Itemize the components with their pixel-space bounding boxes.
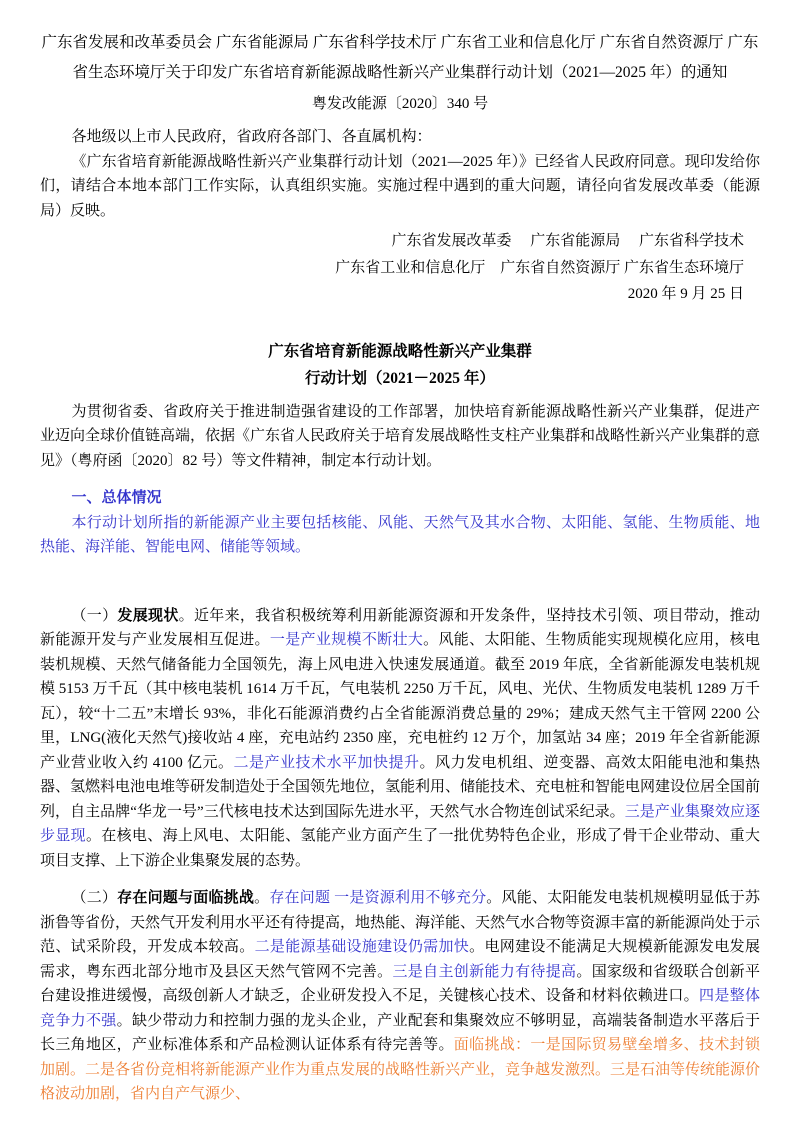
text-run-bold: 发展现状: [117, 608, 178, 624]
plan-title-line-1: 广东省培育新能源战略性新兴产业集群: [40, 338, 760, 365]
text-run-blue: 存在问题 一是资源利用不够充分: [269, 890, 486, 906]
notice-title: 广东省发展和改革委员会 广东省能源局 广东省科学技术厅 广东省工业和信息化厅 广…: [40, 28, 760, 88]
section-1-scope-paragraph: 本行动计划所指的新能源产业主要包括核能、风能、天然气及其水合物、太阳能、氢能、生…: [40, 511, 760, 560]
development-status-paragraph: （一）发展现状。近年来，我省积极统筹利用新能源资源和开发条件，坚持技术引领、项目…: [40, 604, 760, 874]
text-run-plain: 。在核电、海上风电、太阳能、氢能产业方面产生了一批优势特色企业，形成了骨干企业带…: [40, 828, 760, 869]
text-run-plain: 。风能、太阳能、生物质能实现规模化应用，核电装机规模、天然气储备能力全国领先，海…: [40, 632, 760, 771]
text-run-blue: 三是自主创新能力有待提高: [392, 964, 576, 980]
sign-date: 2020 年 9 月 25 日: [40, 281, 744, 308]
problems-challenges-paragraph: （二）存在问题与面临挑战。存在问题 一是资源利用不够充分。风能、太阳能发电装机规…: [40, 886, 760, 1107]
text-run-plain: （一）: [72, 608, 118, 624]
document-page: 广东省发展和改革委员会 广东省能源局 广东省科学技术厅 广东省工业和信息化厅 广…: [0, 0, 800, 1131]
signature-block: 广东省发展改革委 广东省能源局 广东省科学技术 广东省工业和信息化厅 广东省自然…: [40, 228, 760, 308]
plan-preamble-paragraph: 为贯彻省委、省政府关于推进制造强省建设的工作部署，加快培育新能源战略性新兴产业集…: [40, 400, 760, 474]
text-run-plain: （二）: [72, 890, 118, 906]
section-1-heading: 一、总体情况: [40, 486, 760, 511]
plan-title: 广东省培育新能源战略性新兴产业集群 行动计划（2021－2025 年）: [40, 338, 760, 392]
signer-line-2: 广东省工业和信息化厅 广东省自然资源厅 广东省生态环境厅: [40, 255, 744, 282]
notice-body-paragraph: 《广东省培育新能源战略性新兴产业集群行动计划（2021—2025 年）》已经省人…: [40, 150, 760, 224]
text-run-bold: 存在问题与面临挑战: [117, 890, 254, 906]
text-run-blue: 二是能源基础设施建设仍需加快: [255, 939, 470, 955]
text-run-plain: 。: [254, 890, 269, 906]
doc-number: 粤发改能源〔2020〕340 号: [40, 92, 760, 116]
text-run-blue: 一是产业规模不断壮大: [270, 632, 423, 648]
plan-title-line-2: 行动计划（2021－2025 年）: [40, 365, 760, 392]
text-run-blue: 二是产业技术水平加快提升: [234, 755, 420, 771]
signer-line-1: 广东省发展改革委 广东省能源局 广东省科学技术: [40, 228, 744, 255]
salutation: 各地级以上市人民政府，省政府各部门、各直属机构：: [40, 125, 760, 150]
